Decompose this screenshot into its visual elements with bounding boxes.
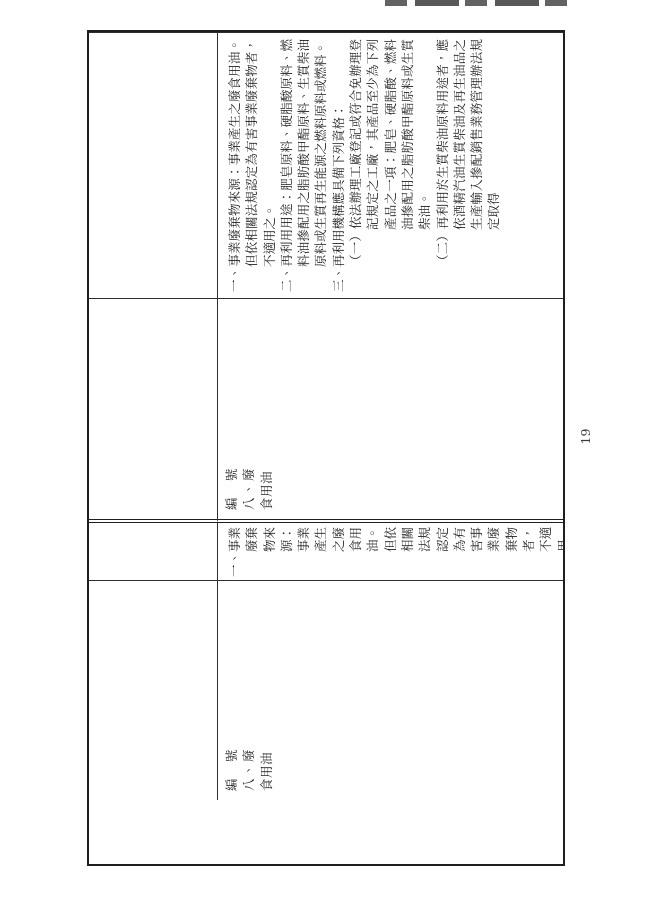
provision-paragraph: （二）再利用於生質柴油原料用途者，應依酒精汽油生質柴油及再生油品之生產輸入摻配銷… [434, 39, 503, 292]
provision-paragraph: （一）依法辦理工廠登記或符合免辦理登記規定之工廠，其產品至少為下列產品之一項：肥… [347, 39, 433, 292]
page-number: 19 [578, 0, 593, 896]
scanned-page: { "document": { "page_number": "19", "ro… [0, 0, 650, 919]
table-cell-amended-continuation: 善及辦理事業廢棄物清理計畫書異動或變更。但未能於期限內完成改善及變更者，應向主管… [89, 523, 218, 580]
table-cell-blank-continuation [89, 800, 563, 864]
provision-paragraph: 一、事業廢棄物來源：事業產生之廢食用油。但依相關法規認定為有害事業廢棄物者，不適… [226, 527, 563, 577]
provision-paragraph: 二、再利用用途：肥皂原料、硬脂酸原料、燃料油摻配用之脂肪酸甲酯原料、生質柴油原料… [278, 39, 330, 292]
row-label-cell-right: 編號八、廢食用油 [218, 298, 563, 523]
scan-edge-artifact [385, 0, 567, 6]
row-label-cell-left: 編號八、廢食用油 [218, 580, 563, 800]
underlined-continuation-text: 善及辦理事業廢棄物清理計畫書異動或變更。但未能於期限內完成改善及變更者，應向主管… [95, 523, 218, 570]
table-cell-empty-left-top [89, 580, 218, 800]
provision-comparison-table: 善及辦理事業廢棄物清理計畫書異動或變更。但未能於期限內完成改善及變更者，應向主管… [87, 30, 565, 866]
row-label-text: 編號八、廢食用油 [223, 468, 275, 510]
row-label-text: 編號八、廢食用油 [223, 749, 275, 791]
table-cell-empty-label-top [89, 298, 218, 523]
provision-text-cell-left: 一、事業廢棄物來源：事業產生之廢食用油。但依相關法規認定為有害事業廢棄物者，不適… [218, 523, 563, 580]
provision-paragraph: 一、事業廢棄物來源：事業產生之廢食用油。但依相關法規認定為有害事業廢棄物者，不適… [226, 39, 278, 292]
provision-paragraph: 三、再利用機構應具備下列資格： [330, 39, 347, 292]
table-cell-empty-right-top [89, 32, 218, 298]
rotated-document-sheet: 善及辦理事業廢棄物清理計畫書異動或變更。但未能於期限內完成改善及變更者，應向主管… [0, 0, 650, 919]
provision-text-cell-right: 一、事業廢棄物來源：事業產生之廢食用油。但依相關法規認定為有害事業廢棄物者，不適… [218, 32, 563, 298]
